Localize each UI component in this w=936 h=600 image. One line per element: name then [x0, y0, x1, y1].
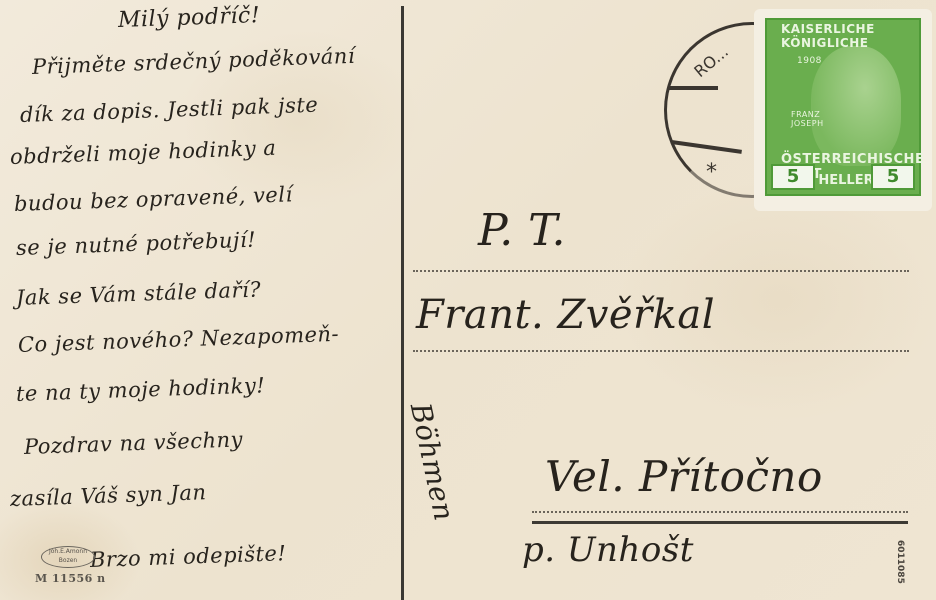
- recipient-town: Vel. Přítočno: [545, 452, 823, 501]
- publisher-name: Joh.E.Amonn: [42, 547, 94, 556]
- card-serial-number: M 11556 n: [35, 572, 106, 585]
- postage-stamp: KAISERLICHE KÖNIGLICHE ÖSTERREICHISCHE P…: [757, 12, 929, 208]
- message-line: se je nutné potřebují!: [16, 228, 257, 260]
- address-line-1: [413, 270, 909, 272]
- message-line: Přijměte srdečný poděkování: [32, 44, 356, 79]
- stamp-denomination: HELLER: [815, 173, 877, 188]
- address-title: P. T.: [478, 205, 566, 256]
- vertical-code: 6011085: [895, 540, 905, 600]
- message-greeting: Milý podříč!: [118, 3, 261, 33]
- message-line: Brzo mi odepište!: [90, 541, 287, 572]
- message-line: zasíla Váš syn Jan: [10, 480, 207, 511]
- stamp-year: 1908: [797, 56, 822, 66]
- recipient-name: Frant. Zvěřkal: [416, 292, 715, 338]
- stamp-value-right: 5: [871, 164, 915, 190]
- postcard-back: Milý podříč! Přijměte srdečný poděkování…: [0, 0, 936, 600]
- address-line-2: [413, 350, 909, 352]
- emperor-portrait-icon: [811, 46, 901, 166]
- stamp-top-text: KAISERLICHE KÖNIGLICHE: [781, 22, 919, 50]
- address-line-3: [532, 511, 908, 513]
- stamp-design: KAISERLICHE KÖNIGLICHE ÖSTERREICHISCHE P…: [765, 18, 921, 196]
- message-line: Co jest nového? Nezapomeň-: [18, 322, 340, 357]
- recipient-post-office: p. Unhošt: [522, 530, 694, 570]
- country-note: Böhmen: [404, 400, 461, 524]
- message-line: obdrželi moje hodinky a: [10, 136, 277, 169]
- publisher-stamp: Joh.E.Amonn Bozen: [41, 546, 95, 568]
- center-divider: [401, 6, 404, 600]
- address-underline: [532, 521, 908, 524]
- postmark-bar: [668, 86, 718, 90]
- message-line: budou bez opravené, velí: [14, 182, 293, 216]
- publisher-city: Bozen: [42, 556, 94, 565]
- stamp-portrait-name: FRANZ JOSEPH: [791, 110, 827, 128]
- stamp-value-left: 5: [771, 164, 815, 190]
- message-line: dík za dopis. Jestli pak jste: [20, 93, 319, 127]
- postmark-star-icon: *: [706, 160, 717, 185]
- message-line: te na ty moje hodinky!: [16, 373, 266, 406]
- message-line: Jak se Vám stále daří?: [16, 277, 262, 310]
- message-line: Pozdrav na všechny: [24, 427, 244, 459]
